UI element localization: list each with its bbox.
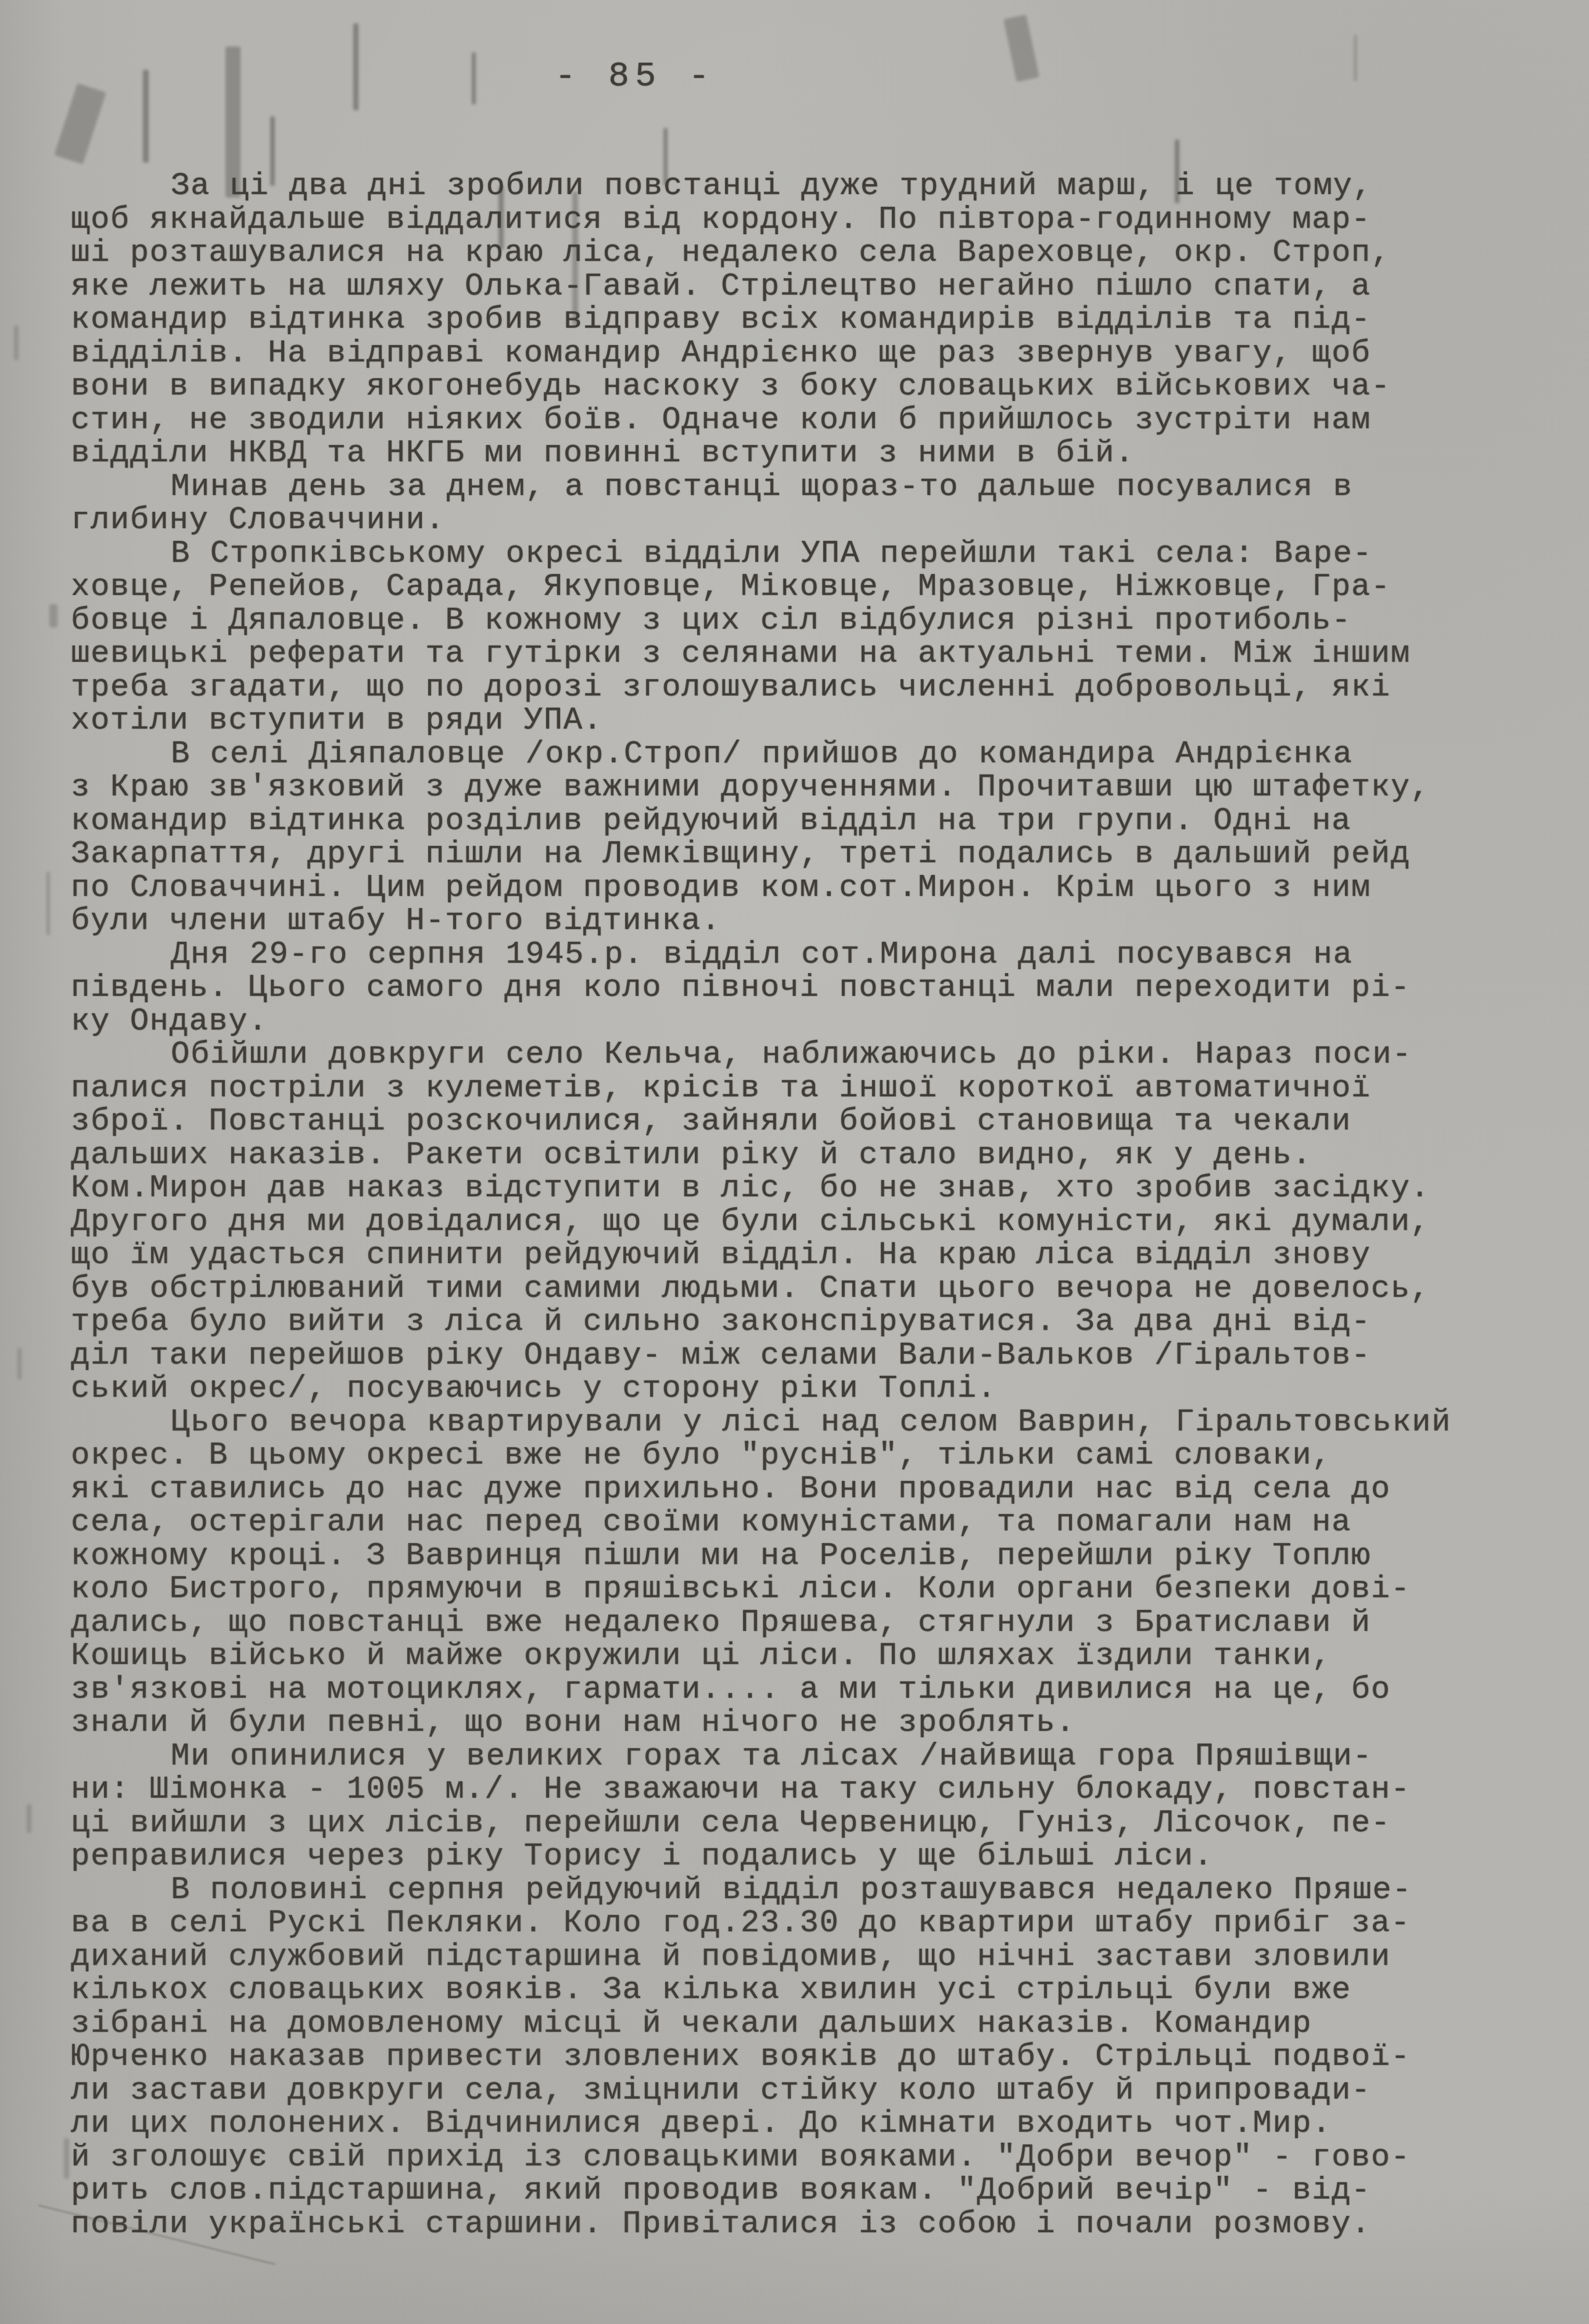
scan-artifact	[17, 1348, 21, 1380]
scan-artifact	[49, 604, 58, 627]
scanned-page: - 85 - За ці два дні зробили повстанці д…	[0, 0, 1589, 2324]
scan-artifact	[353, 23, 358, 110]
scan-artifact	[27, 1804, 31, 1833]
paragraph: Обійшли довкруги село Кельча, наближаючи…	[71, 1038, 1535, 1406]
paragraph: Дня 29-го серпня 1945.р. відділ сот.Миро…	[71, 938, 1535, 1039]
document-body: За ці два дні зробили повстанці дуже тру…	[71, 170, 1535, 2241]
paragraph: В селі Діяпаловце /окр.Строп/ прийшов до…	[71, 738, 1535, 938]
scan-artifact	[472, 52, 476, 105]
scan-artifact	[1354, 35, 1357, 81]
scan-artifact	[64, 2138, 69, 2179]
scan-artifact	[46, 871, 50, 935]
scan-artifact	[54, 83, 106, 164]
scan-artifact	[14, 325, 19, 360]
paragraph: В половині серпня рейдуючий відділ розта…	[71, 1874, 1535, 2241]
scan-artifact	[143, 70, 149, 163]
scan-artifact	[1003, 15, 1039, 82]
paragraph: Ми опинилися у великих горах та лісах /н…	[71, 1740, 1535, 1874]
page-number: - 85 -	[555, 57, 715, 96]
paragraph: За ці два дні зробили повстанці дуже тру…	[71, 170, 1535, 471]
paragraph: Минав день за днем, а повстанці щораз-то…	[71, 471, 1535, 537]
paragraph: В Стропківському окресі відділи УПА пере…	[71, 537, 1535, 738]
paragraph: Цього вечора квартирували у лісі над сел…	[71, 1406, 1535, 1740]
